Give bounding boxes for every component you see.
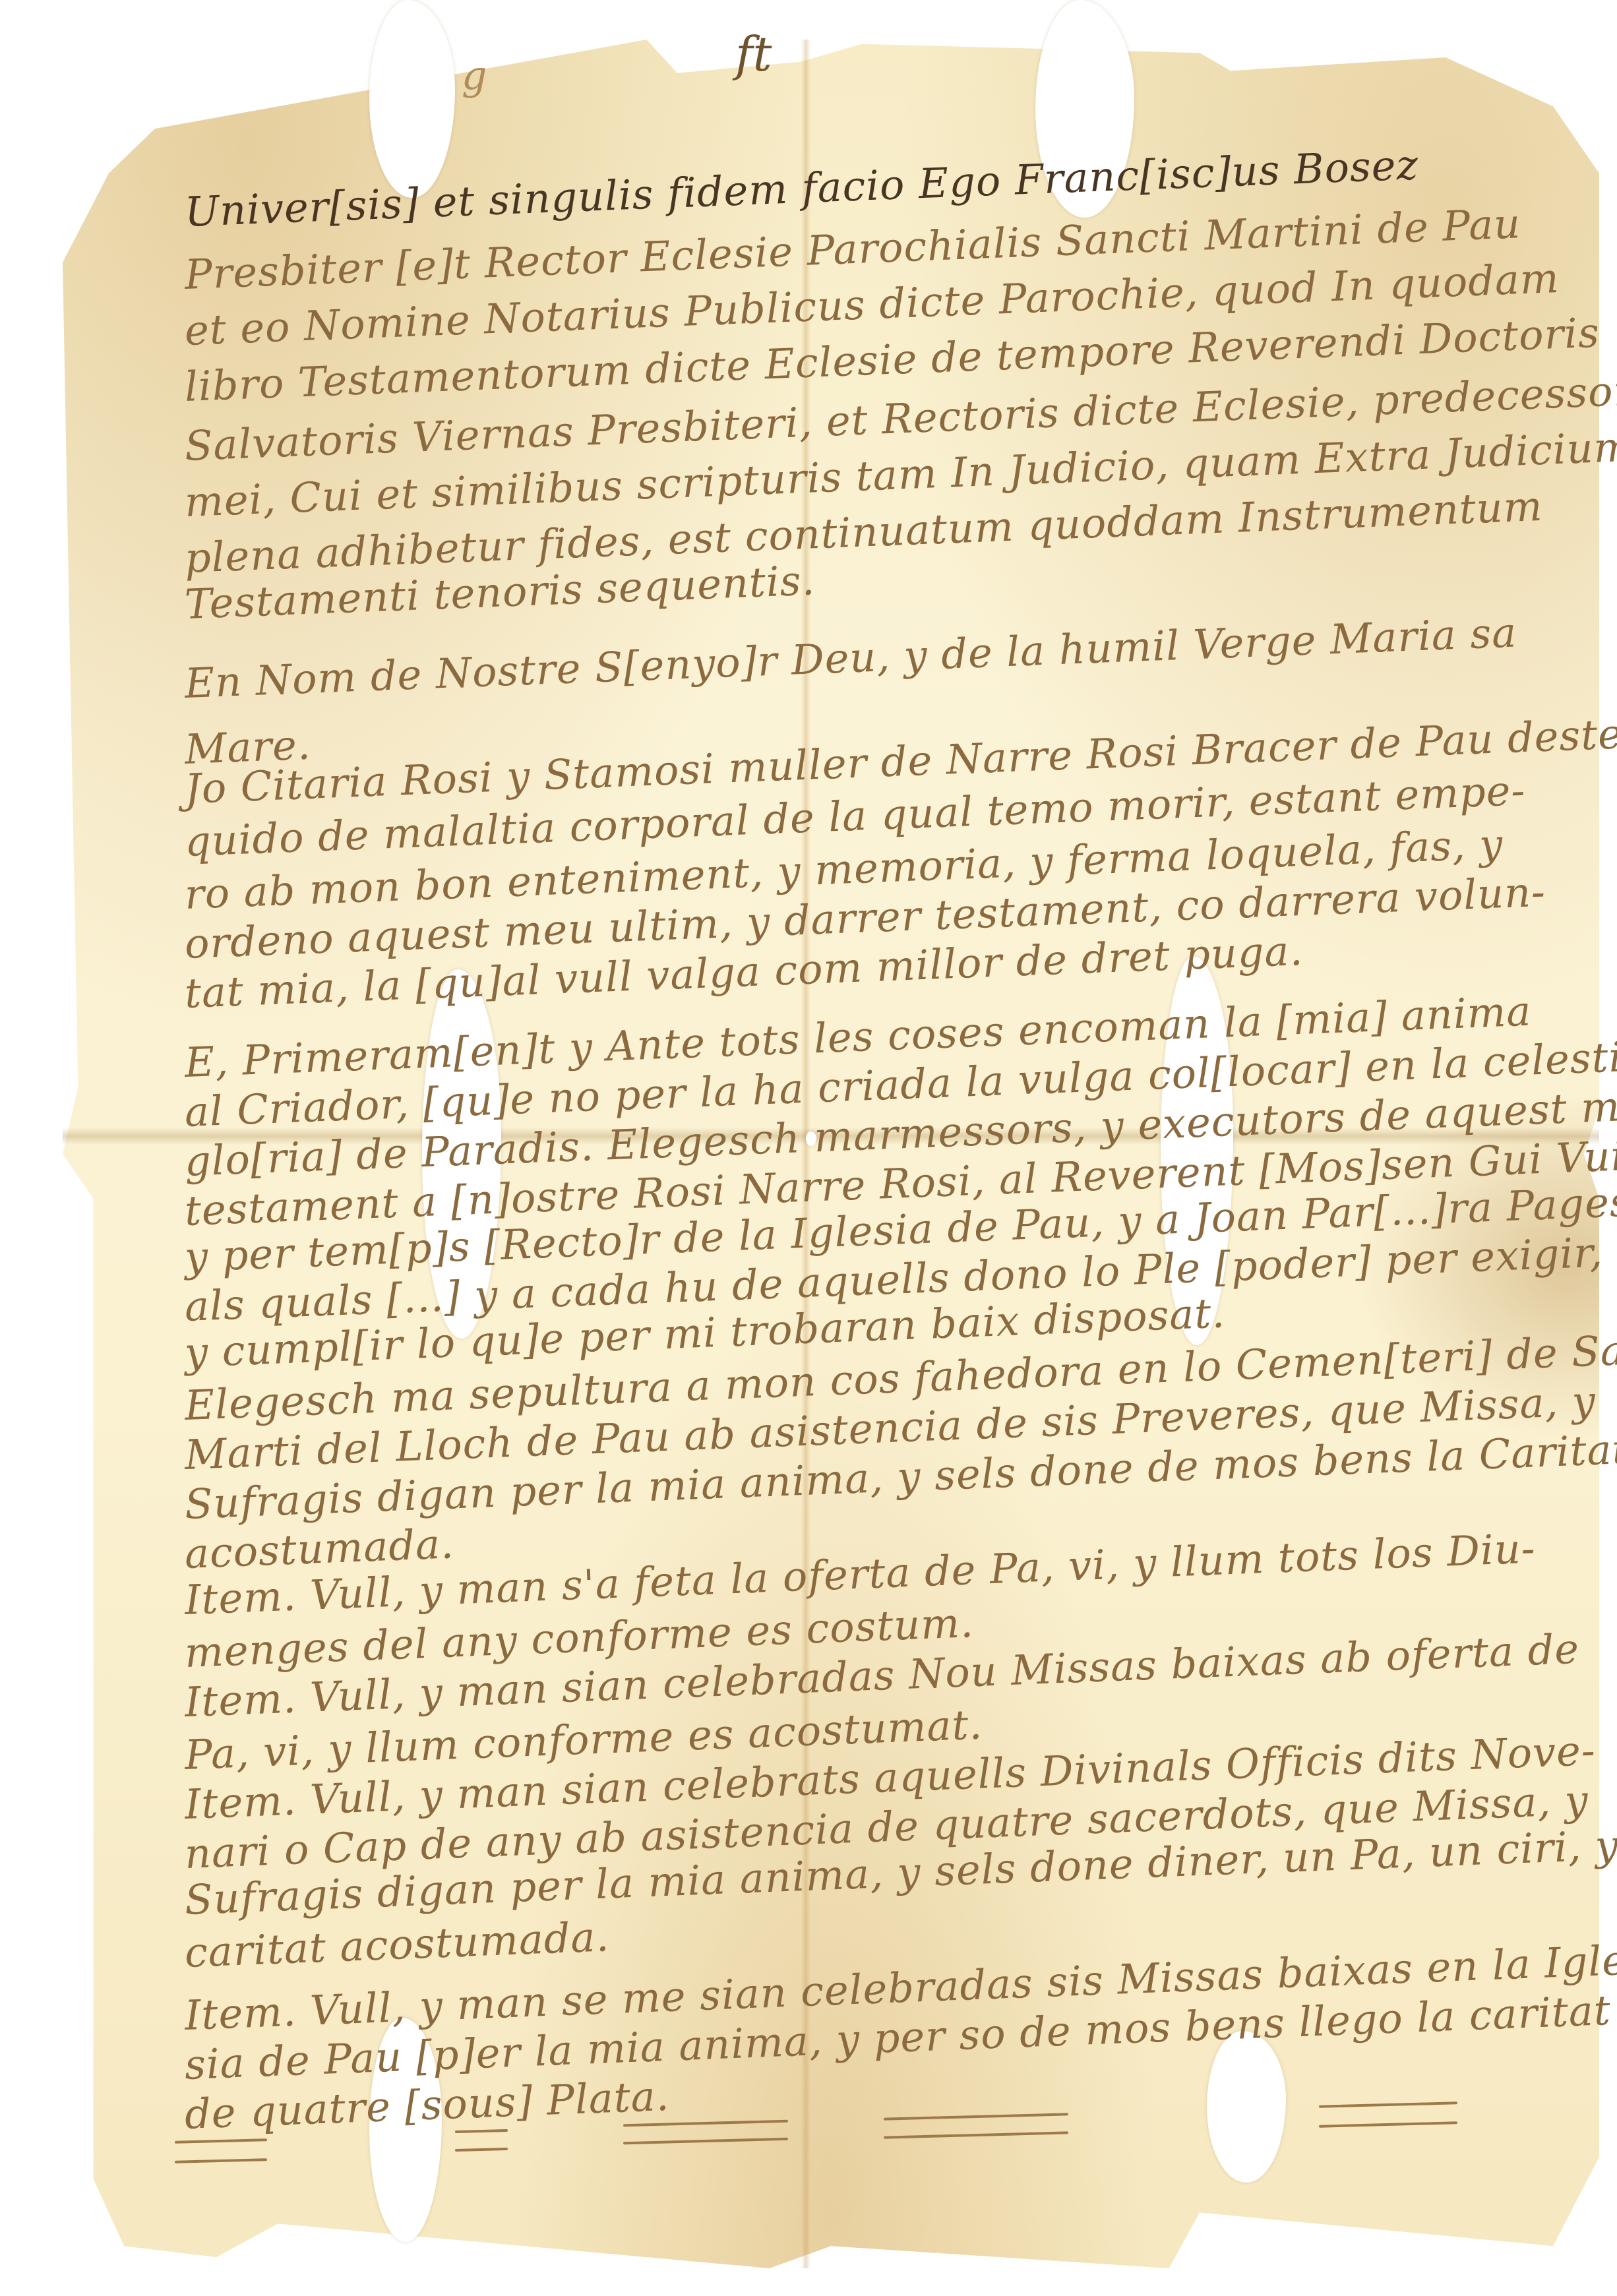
margin-mark: g: [462, 53, 487, 99]
folio-mark: ft: [735, 26, 772, 82]
